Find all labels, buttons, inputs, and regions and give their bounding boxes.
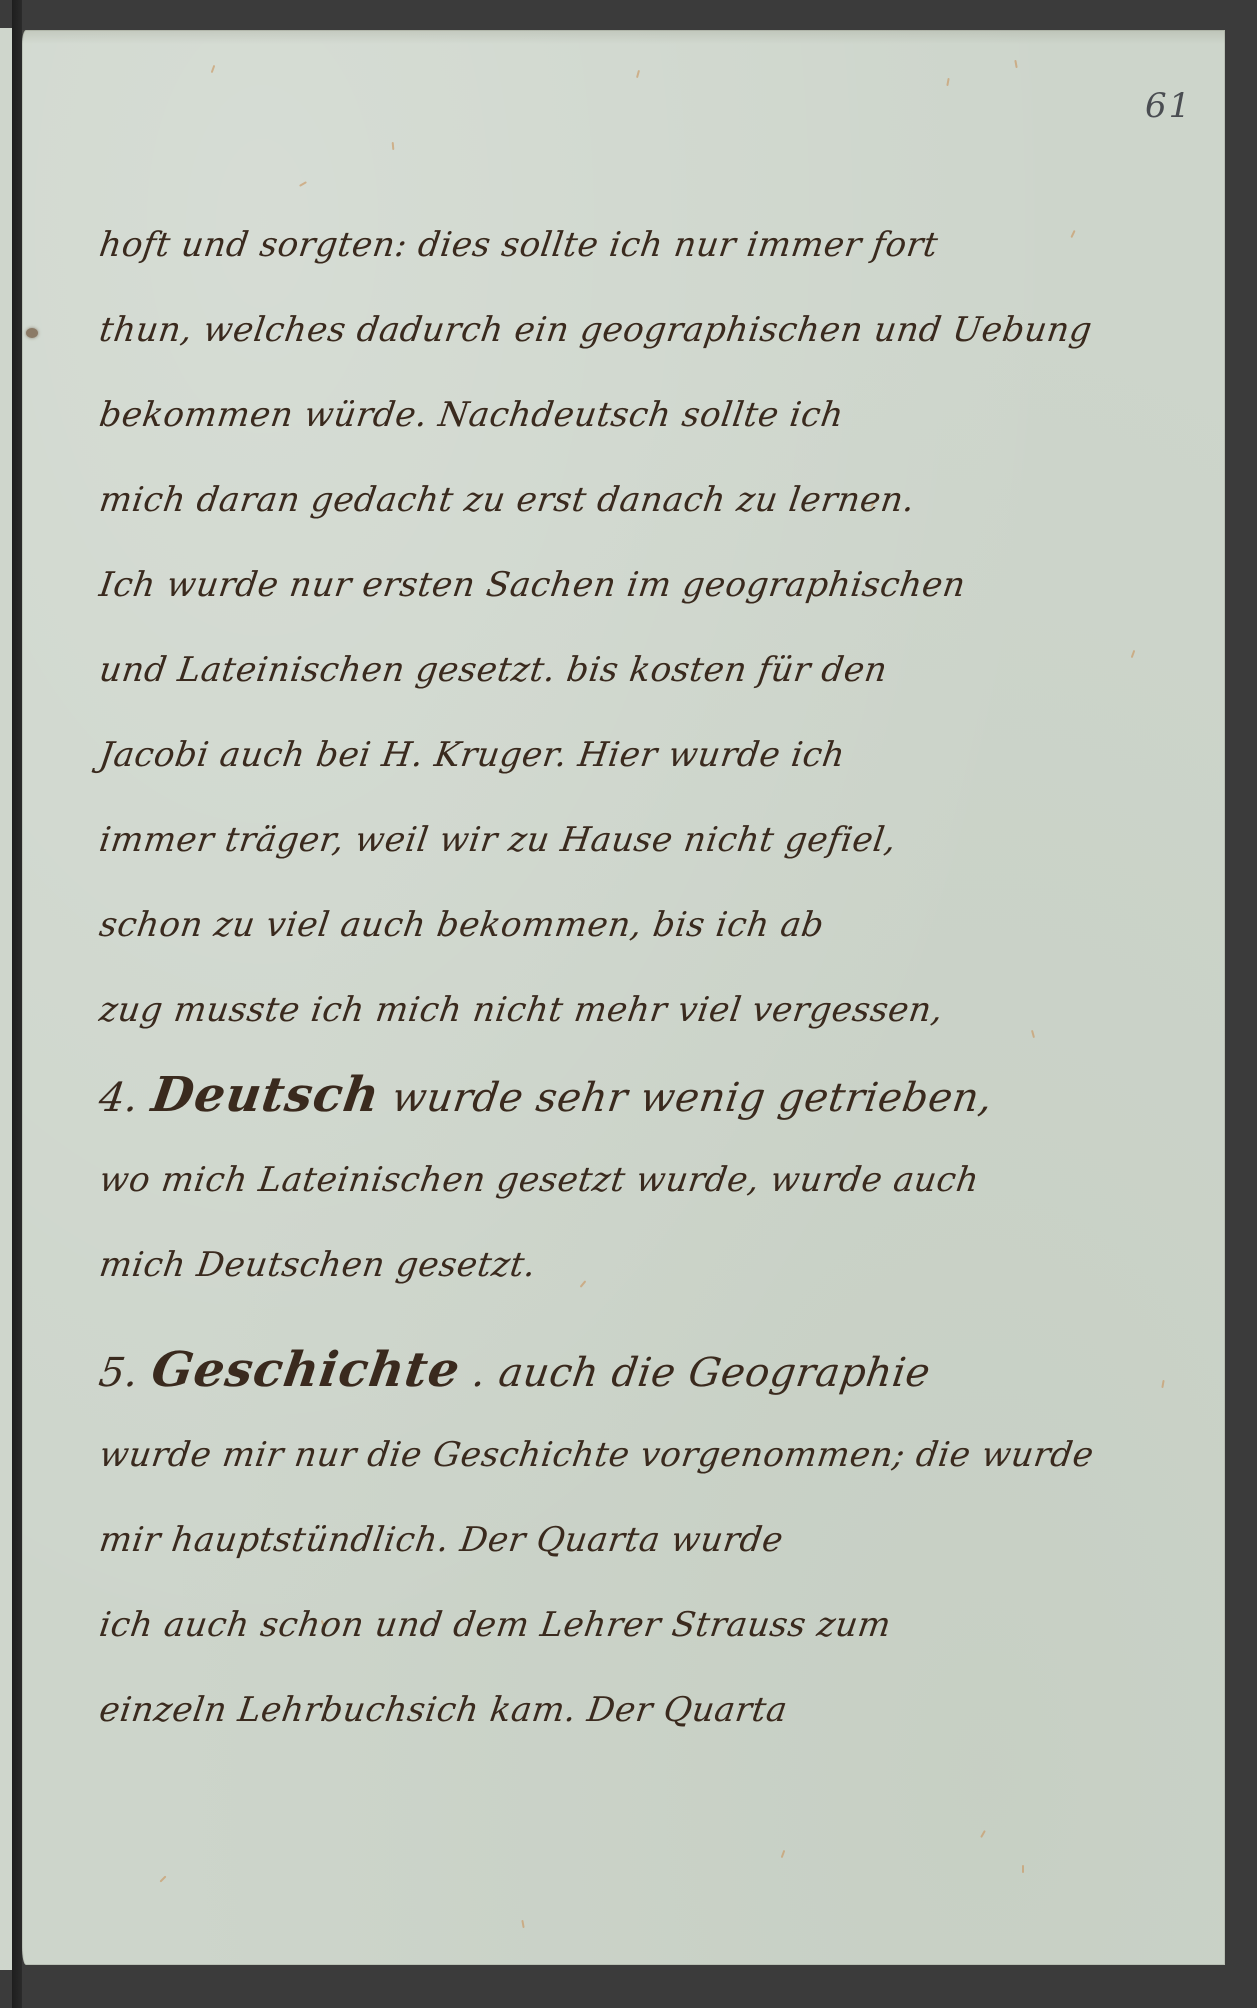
paper-fleck	[392, 142, 395, 150]
paper-fleck	[636, 70, 640, 78]
section-title: Deutsch	[148, 1067, 383, 1123]
section-number: 5.	[96, 1350, 142, 1396]
paper-fleck	[299, 181, 307, 187]
section-text: . auch die Geographie	[469, 1350, 933, 1396]
text-line: wo mich Lateinischen gesetzt wurde, wurd…	[92, 1150, 984, 1235]
paper-fleck	[980, 1830, 986, 1838]
scan-viewer: 61 hoft und sorgten: dies sollte ich nur…	[0, 0, 1257, 2008]
manuscript-text: hoft und sorgten: dies sollte ich nur im…	[92, 215, 972, 1765]
text-line: und Lateinischen gesetzt. bis kosten für…	[92, 640, 984, 725]
text-line: zug musste ich mich nicht mehr viel verg…	[92, 980, 984, 1065]
paper-fleck	[1031, 1030, 1035, 1038]
text-line: Ich wurde nur ersten Sachen im geographi…	[92, 555, 984, 640]
paper-fleck	[781, 1850, 786, 1858]
section-text: wurde sehr wenig getrieben,	[389, 1075, 995, 1121]
text-line: ich auch schon und dem Lehrer Strauss zu…	[92, 1595, 984, 1680]
text-line: thun, welches dadurch ein geographischen…	[92, 300, 984, 385]
text-line: immer träger, weil wir zu Hause nicht ge…	[92, 810, 984, 895]
text-line: schon zu viel auch bekommen, bis ich ab	[92, 895, 984, 980]
folio-number: 61	[1145, 86, 1192, 126]
binding-hole-icon	[26, 328, 38, 338]
binding-gutter	[12, 0, 22, 2008]
text-line: mich daran gedacht zu erst danach zu ler…	[92, 470, 984, 555]
paper-fleck	[1161, 1380, 1164, 1388]
section-number: 4.	[96, 1075, 142, 1121]
section-title: Geschichte	[148, 1342, 464, 1398]
paper-fleck	[521, 1920, 524, 1928]
text-line: einzeln Lehrbuchsich kam. Der Quarta	[92, 1680, 984, 1765]
paper-fleck	[159, 1875, 166, 1882]
paper-fleck	[1070, 230, 1075, 238]
paper-fleck	[211, 65, 216, 73]
paper-fleck	[946, 78, 949, 86]
text-line: mir hauptstündlich. Der Quarta wurde	[92, 1510, 984, 1595]
paper-fleck	[1014, 60, 1017, 68]
paper-fleck	[1022, 1865, 1024, 1873]
text-line: hoft und sorgten: dies sollte ich nur im…	[92, 215, 984, 300]
text-line: mich Deutschen gesetzt.	[92, 1235, 984, 1320]
paper-fleck	[1131, 650, 1136, 658]
text-line: wurde mir nur die Geschichte vorgenommen…	[92, 1425, 984, 1510]
section-5-line: 5. Geschichte . auch die Geographie	[92, 1340, 984, 1425]
section-4-line: 4. Deutsch wurde sehr wenig getrieben,	[92, 1065, 984, 1150]
text-line: bekommen würde. Nachdeutsch sollte ich	[92, 385, 984, 470]
text-line: Jacobi auch bei H. Kruger. Hier wurde ic…	[92, 725, 984, 810]
